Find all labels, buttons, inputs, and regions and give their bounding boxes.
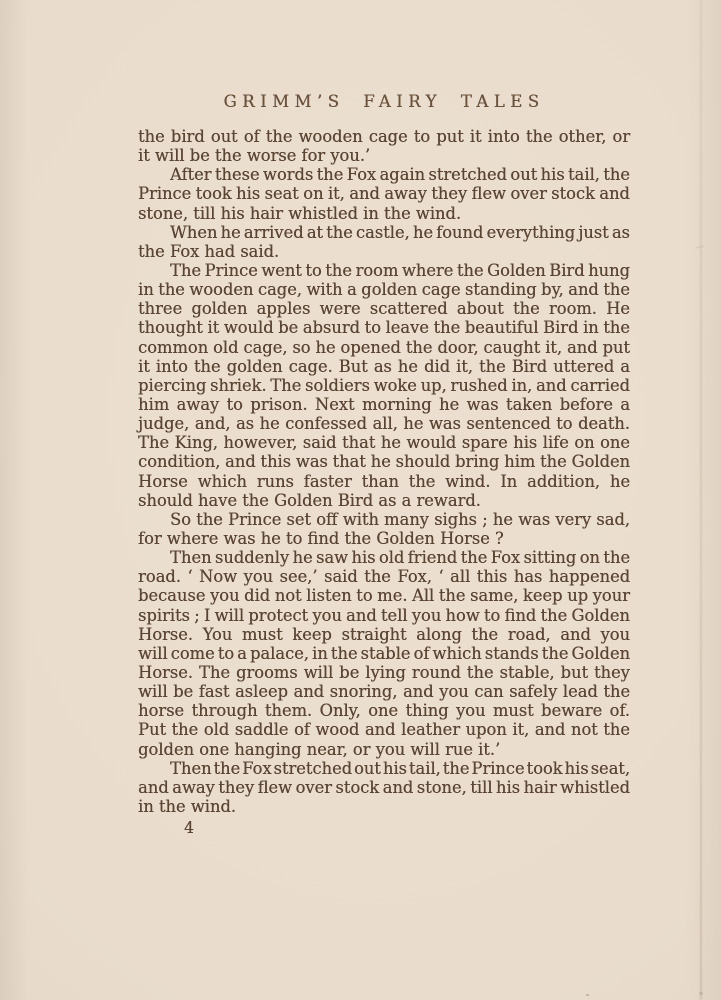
word: his (513, 433, 537, 452)
word: the (457, 261, 484, 280)
word: into (156, 357, 188, 376)
word: these (215, 165, 260, 184)
text-line: piercingshriek.Thesoldierswokeup,rushedi… (138, 376, 630, 395)
word: a (620, 357, 630, 376)
word: it (207, 318, 219, 337)
text-line: horsethroughthem.Only,onethingyoumustbew… (138, 701, 630, 720)
word: leave (385, 318, 428, 337)
text-line: TheKing,however,saidthathewouldsparehisl… (138, 433, 630, 452)
word: friend (408, 548, 458, 567)
word: and (349, 184, 380, 203)
word: all, (372, 414, 397, 433)
word: and (365, 720, 396, 739)
word: will (304, 663, 334, 682)
word: flew (258, 778, 292, 797)
word: Put (138, 720, 166, 739)
word: old (204, 720, 229, 739)
word: and (403, 682, 434, 701)
word: come (171, 644, 215, 663)
word: find (504, 606, 536, 625)
word: and (383, 778, 414, 797)
word: lying (365, 663, 406, 682)
text-line: Horsewhichrunsfasterthanthewind.Inadditi… (138, 472, 630, 491)
word: the (443, 759, 470, 778)
word: it (470, 127, 482, 146)
word: road, (508, 625, 551, 644)
word: rushed (450, 376, 507, 395)
word: to (414, 127, 430, 146)
word: said (324, 567, 358, 586)
word: to (556, 414, 572, 433)
word: must (493, 701, 534, 720)
word: judge, (138, 414, 189, 433)
word: again (379, 165, 425, 184)
word: faster (304, 472, 352, 491)
word: this (260, 452, 291, 471)
word: was (518, 510, 550, 529)
word: away (384, 184, 427, 203)
word: cage (369, 127, 408, 146)
word: will (214, 606, 244, 625)
text-line: inthewoodencage,withagoldencagestandingb… (138, 280, 630, 299)
word: must (242, 625, 283, 644)
word: the (542, 644, 569, 663)
word: other, (559, 127, 607, 146)
word: the (406, 338, 433, 357)
word: he (413, 223, 433, 242)
word: they (594, 663, 630, 682)
word: and (293, 682, 324, 701)
word: Fox (347, 165, 376, 184)
word: at (307, 223, 323, 242)
word: runs (257, 472, 294, 491)
word: you (210, 586, 240, 605)
word: would (224, 318, 274, 337)
word: carried (570, 376, 630, 395)
word: away (177, 395, 220, 414)
page-edge-line (700, 0, 702, 1000)
word: keep (292, 625, 332, 644)
word: out (354, 759, 381, 778)
word: ‘ (438, 567, 443, 586)
word: he (260, 414, 280, 433)
word: were (320, 299, 361, 318)
word: off (316, 510, 337, 529)
word: Golden (571, 644, 630, 663)
word: to (356, 586, 372, 605)
word: sitting (523, 548, 576, 567)
word: took (527, 759, 563, 778)
text-line: the Fox had said. (138, 242, 630, 261)
word: stands (485, 644, 539, 663)
word: into (488, 127, 520, 146)
text-line: becauseyoudidnotlistentome.Allthesame,ke… (138, 586, 630, 605)
word: you (456, 701, 486, 720)
word: He (606, 299, 630, 318)
word: bird (171, 127, 205, 146)
word: it, (456, 357, 473, 376)
word: stable (361, 644, 411, 663)
text-line: judge,and,asheconfessedall,hewassentence… (138, 414, 630, 433)
word: thought (138, 318, 203, 337)
word: thing (405, 701, 448, 720)
word: grooms (236, 663, 298, 682)
word: ; (482, 510, 488, 529)
word: with (343, 510, 379, 529)
word: and (346, 606, 377, 625)
word: just (578, 223, 608, 242)
text-line: SothePrincesetoffwithmanysighs;hewasvery… (138, 510, 630, 529)
word: straight (341, 625, 406, 644)
word: stock (551, 184, 595, 203)
word: shriek. (210, 376, 267, 395)
word: Then (170, 548, 211, 567)
word: road. (138, 567, 181, 586)
word: them. (265, 701, 312, 720)
word: one (368, 701, 398, 720)
word: standing (465, 280, 537, 299)
word: Next (315, 395, 355, 414)
word: the (540, 606, 567, 625)
word: keep (523, 586, 563, 605)
word: round (412, 663, 461, 682)
text-line: andawaytheyflewoverstockandstone,tillhis… (138, 778, 630, 797)
word: on (574, 433, 594, 452)
word: till (470, 778, 492, 797)
word: his (236, 184, 260, 203)
word: same, (470, 586, 518, 605)
word: and (599, 184, 630, 203)
word: the (213, 759, 240, 778)
word: very (555, 510, 591, 529)
word: confessed (285, 414, 367, 433)
text-line: thebirdoutofthewoodencagetoputitintotheo… (138, 127, 630, 146)
word: the (439, 586, 466, 605)
word: the (196, 510, 223, 529)
word: along (416, 625, 462, 644)
word: wind. (445, 472, 490, 491)
word: King, (174, 433, 217, 452)
word: his (565, 759, 589, 778)
word: sentenced (466, 414, 550, 433)
word: the (603, 720, 630, 739)
word: you (244, 567, 274, 586)
word: Golden (487, 261, 546, 280)
word: it, (512, 720, 529, 739)
word: found (436, 223, 483, 242)
page-number: 4 (184, 819, 194, 837)
word: of (244, 127, 260, 146)
word: Then (170, 759, 211, 778)
word: safely (509, 682, 557, 701)
text-line: Whenhearrivedatthecastle,hefoundeverythi… (138, 223, 630, 242)
word: the (138, 127, 165, 146)
word: you (439, 682, 469, 701)
text-line: ThePrincewenttotheroomwheretheGoldenBird… (138, 261, 630, 280)
word: he (292, 548, 312, 567)
text-line: road.‘Nowyousee,’saidtheFox,‘allthishash… (138, 567, 630, 586)
word: this (477, 567, 508, 586)
word: Prince (471, 759, 524, 778)
word: saw (316, 548, 348, 567)
word: but (561, 663, 588, 682)
word: wooden (298, 127, 362, 146)
word: protect (248, 606, 308, 625)
word: out (510, 165, 537, 184)
word: The (138, 433, 169, 452)
word: cage. (289, 357, 333, 376)
word: stable, (499, 663, 554, 682)
word: the (158, 280, 185, 299)
text-line: Horse.Thegroomswillbelyingroundthestable… (138, 663, 630, 682)
word: and (535, 720, 566, 739)
word: seat, (591, 759, 630, 778)
word: Bird (549, 261, 584, 280)
word: he (315, 338, 335, 357)
word: The (270, 376, 301, 395)
word: to (365, 318, 381, 337)
word: Fox (491, 548, 520, 567)
word: Golden (571, 606, 630, 625)
word: to (218, 644, 234, 663)
paper-speck (586, 994, 589, 996)
word: would (406, 433, 456, 452)
word: In (500, 472, 517, 491)
word: not (571, 720, 598, 739)
word: with (306, 280, 342, 299)
word: however, (223, 433, 297, 452)
word: before (560, 395, 613, 414)
body-text: thebirdoutofthewoodencagetoputitintotheo… (138, 127, 630, 816)
text-line: in the wind. (138, 797, 630, 816)
word: up (567, 586, 588, 605)
word: will (138, 682, 168, 701)
word: your (593, 586, 630, 605)
word: was (429, 414, 461, 433)
word: cage (422, 280, 461, 299)
word: Prince (228, 510, 281, 529)
word: put (602, 338, 629, 357)
word: saddle (235, 720, 289, 739)
text-line: willbefastasleepandsnoring,andyoucansafe… (138, 682, 630, 701)
word: on (303, 184, 323, 203)
word: Prince (138, 184, 191, 203)
word: to (484, 606, 500, 625)
word: of (414, 644, 430, 663)
word: a (347, 280, 357, 299)
word: stretched (428, 165, 507, 184)
word: has (514, 567, 543, 586)
text-line: it will be the worse for you.’ (138, 146, 630, 165)
word: the (471, 625, 498, 644)
word: and (225, 452, 256, 471)
word: old (213, 338, 238, 357)
text-line: AfterthesewordstheFoxagainstretchedouthi… (138, 165, 630, 184)
word: be (278, 318, 298, 337)
word: he (493, 510, 513, 529)
word: opened (340, 338, 400, 357)
word: golden (227, 357, 283, 376)
word: and (536, 376, 567, 395)
word: to (305, 261, 321, 280)
word: and (138, 778, 169, 797)
word: as (374, 357, 392, 376)
word: of (294, 720, 310, 739)
word: hair (523, 778, 556, 797)
word: the (603, 318, 630, 337)
word: caught (483, 338, 540, 357)
word: or (612, 127, 630, 146)
text-line: Puttheoldsaddleofwoodandleatheruponit,an… (138, 720, 630, 739)
word: him (138, 395, 169, 414)
word: Bird (543, 318, 578, 337)
word: Only, (319, 701, 360, 720)
word: upon (466, 720, 507, 739)
word: me. (377, 586, 407, 605)
word: lead (563, 682, 598, 701)
word: uttered (553, 357, 614, 376)
word: Golden (571, 452, 630, 471)
word: on (580, 548, 600, 567)
word: the (603, 165, 630, 184)
word: leather (401, 720, 460, 739)
text-line: Princetookhisseatonit,andawaytheyflewove… (138, 184, 630, 203)
word: as (612, 223, 630, 242)
word: condition, (138, 452, 220, 471)
word: he (398, 357, 418, 376)
word: wooden (189, 280, 253, 299)
word: he (381, 433, 401, 452)
word: and (560, 625, 591, 644)
word: Bird (512, 357, 547, 376)
word: was (467, 395, 499, 414)
word: one (600, 433, 630, 452)
word: the (266, 127, 293, 146)
word: to (227, 395, 243, 414)
word: Now (199, 567, 237, 586)
text-line: spirits;Iwillprotectyouandtellyouhowtofi… (138, 606, 630, 625)
word: golden (361, 280, 417, 299)
text-line: Horse.Youmustkeepstraightalongtheroad,an… (138, 625, 630, 644)
word: you (600, 625, 630, 644)
word: he (371, 452, 391, 471)
word: in (138, 280, 154, 299)
word: golden (191, 299, 247, 318)
word: stone, (417, 778, 467, 797)
word: asleep (235, 682, 288, 701)
text-line: golden one hanging near, or you will rue… (138, 740, 630, 759)
word: The (170, 261, 201, 280)
text-line: commonoldcage,soheopenedthedoor,caughtit… (138, 338, 630, 357)
word: in, (511, 376, 532, 395)
word: the (194, 357, 221, 376)
word: Horse (138, 472, 188, 491)
word: suddenly (215, 548, 289, 567)
text-line: willcometoapalace,inthestableofwhichstan… (138, 644, 630, 663)
word: which (198, 472, 247, 491)
word: it (138, 357, 150, 376)
word: his (541, 165, 565, 184)
word: and, (195, 414, 231, 433)
word: listen (306, 586, 351, 605)
word: I (204, 606, 210, 625)
text-line: condition,andthiswasthatheshouldbringhim… (138, 452, 630, 471)
word: When (170, 223, 217, 242)
word: stock (335, 778, 379, 797)
word: because (138, 586, 205, 605)
word: horse (138, 701, 184, 720)
word: words (263, 165, 313, 184)
word: went (261, 261, 302, 280)
word: over (296, 778, 332, 797)
word: the (540, 452, 567, 471)
word: cage, (243, 338, 287, 357)
word: scattered (370, 299, 448, 318)
word: be (173, 682, 193, 701)
word: it, (328, 184, 345, 203)
word: that (333, 452, 366, 471)
word: whistled (560, 778, 630, 797)
word: took (196, 184, 232, 203)
word: as (236, 414, 254, 433)
word: snoring, (330, 682, 398, 701)
word: piercing (138, 376, 206, 395)
word: that (342, 433, 375, 452)
text-line: ThentheFoxstretchedouthistail,thePrincet… (138, 759, 630, 778)
word: woke (374, 376, 417, 395)
word: Horse. (138, 663, 193, 682)
word: many (384, 510, 429, 529)
text-line: should have the Golden Bird as a reward. (138, 491, 630, 510)
word: spirits (138, 606, 190, 625)
word: was (296, 452, 328, 471)
word: So (170, 510, 191, 529)
word: the (461, 548, 488, 567)
word: tail, (409, 759, 441, 778)
word: addition, (527, 472, 600, 491)
word: where (402, 261, 453, 280)
word: up, (421, 376, 447, 395)
word: out (211, 127, 238, 146)
text-line: itintothegoldencage.Butashedidit,theBird… (138, 357, 630, 376)
word: away (172, 778, 215, 797)
word: ‘ (187, 567, 192, 586)
word: the (479, 357, 506, 376)
word: The (199, 663, 230, 682)
word: wood (315, 720, 359, 739)
word: the (526, 127, 553, 146)
word: tail, (568, 165, 600, 184)
word: the (172, 720, 199, 739)
word: old (379, 548, 404, 567)
word: room. (549, 299, 597, 318)
word: he (610, 472, 630, 491)
word: common (138, 338, 208, 357)
word: sad, (596, 510, 630, 529)
word: said (303, 433, 337, 452)
word: tell (381, 606, 408, 625)
word: he (403, 414, 423, 433)
word: can (474, 682, 503, 701)
word: everything (487, 223, 576, 242)
word: the (467, 663, 494, 682)
word: and (567, 338, 598, 357)
word: stretched (273, 759, 352, 778)
word: which (432, 644, 481, 663)
word: be (339, 663, 359, 682)
word: the (433, 318, 460, 337)
word: room (355, 261, 398, 280)
